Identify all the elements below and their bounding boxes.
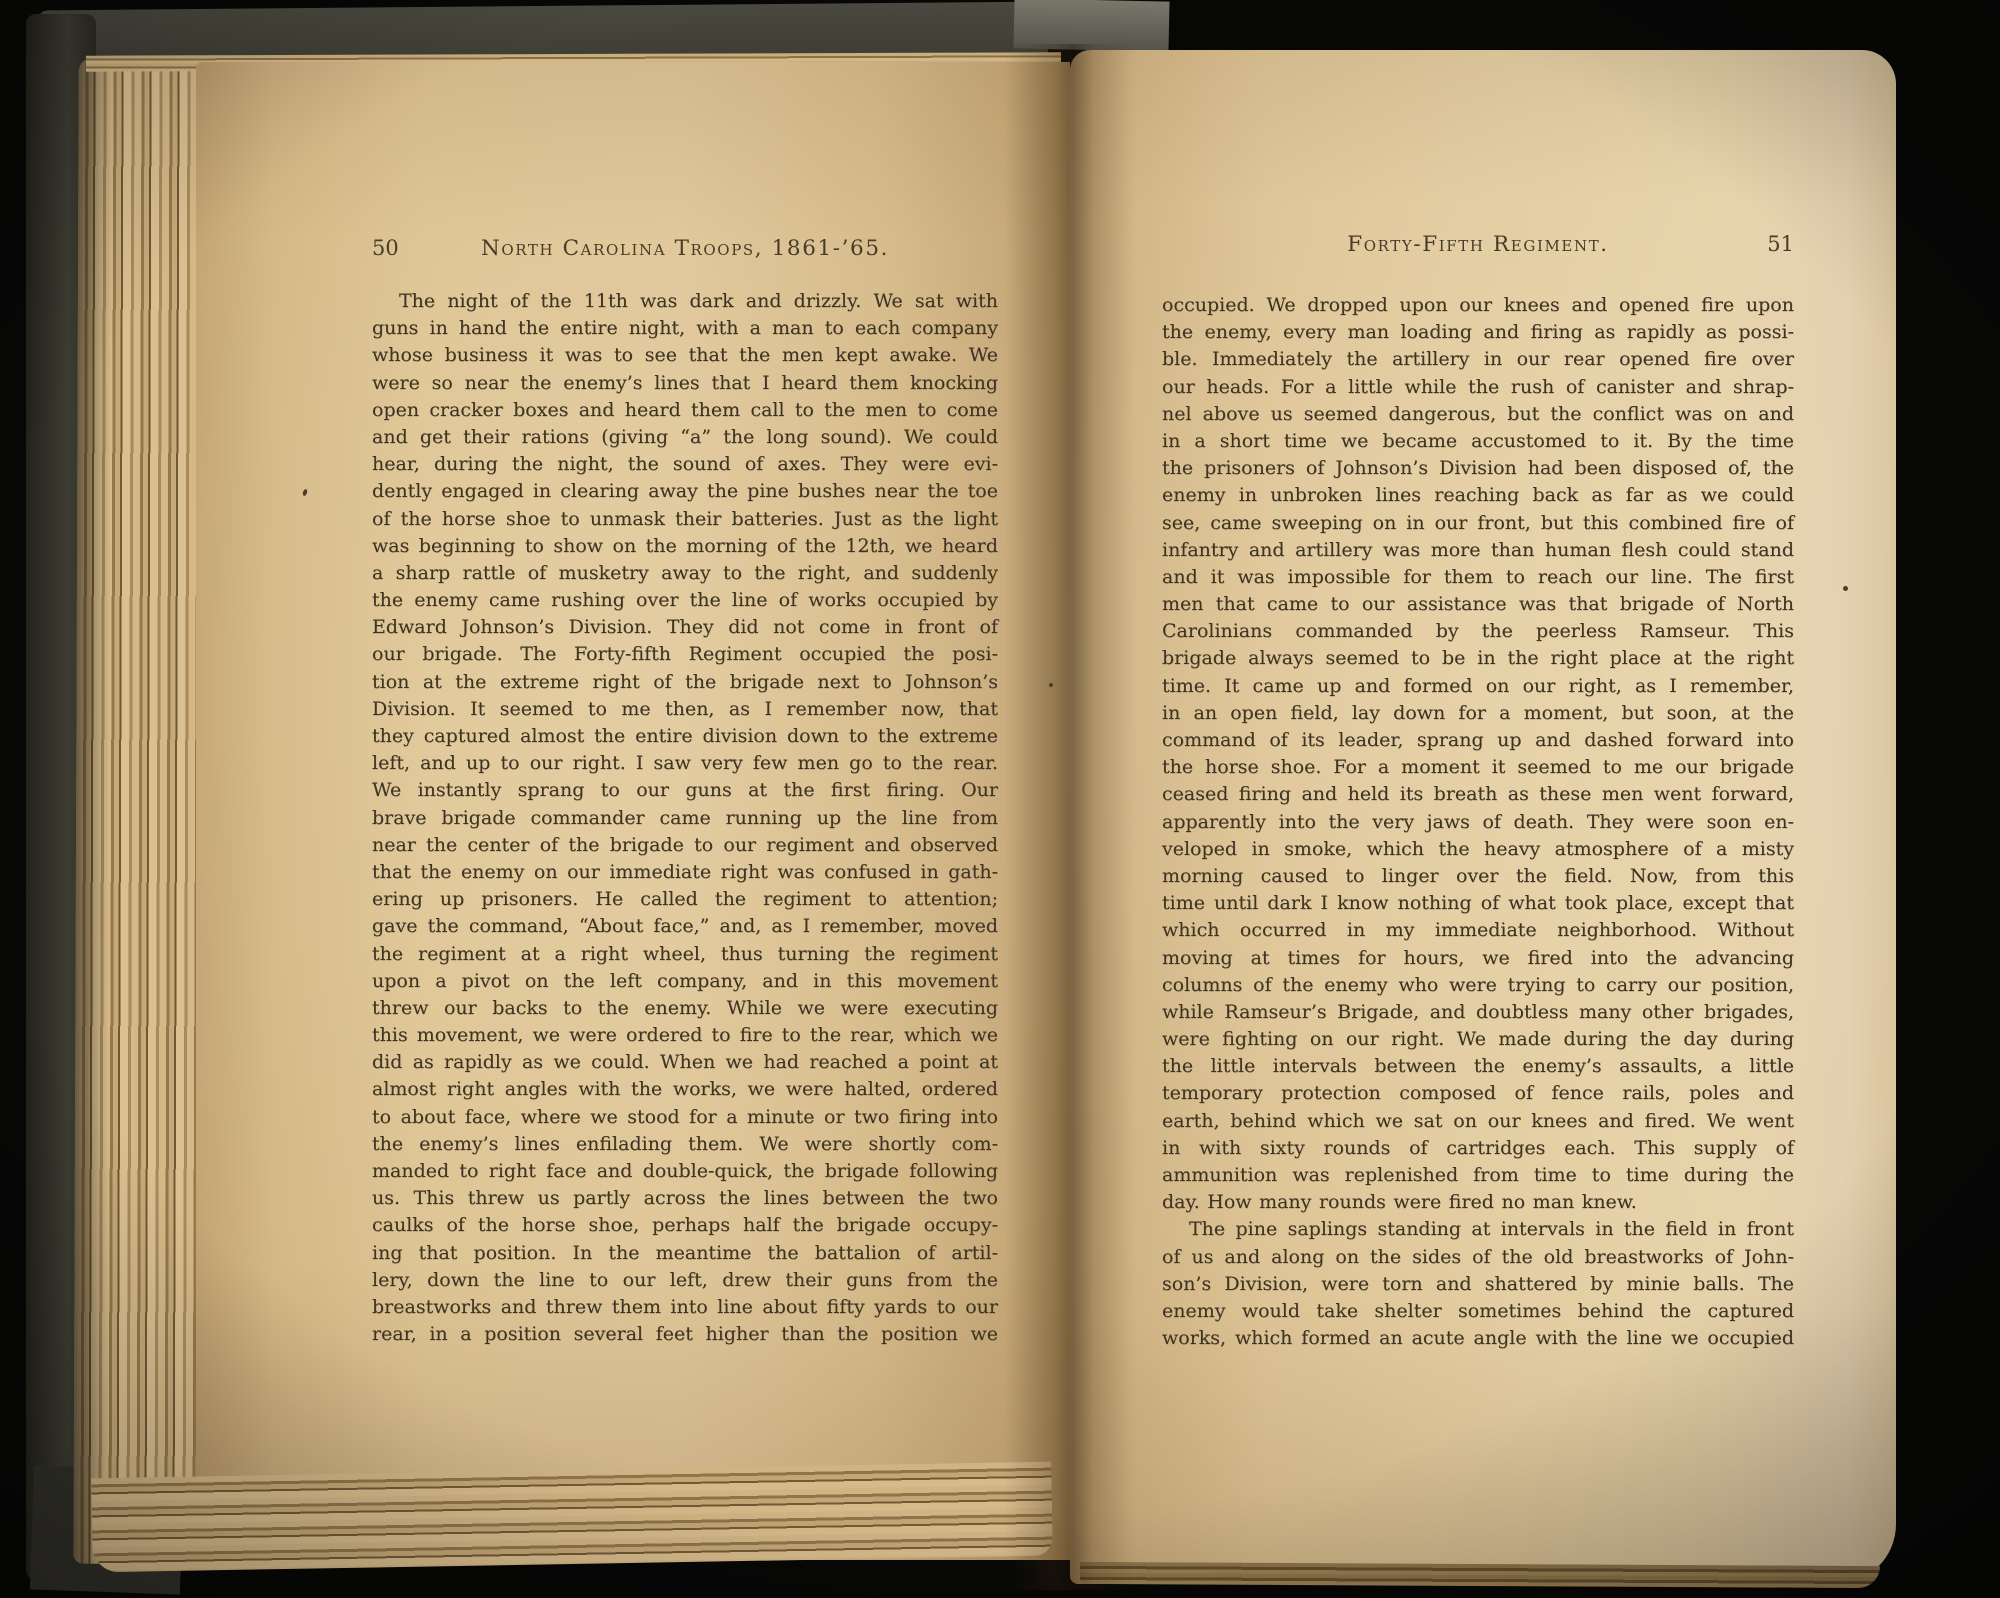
text-line: in with sixty rounds of cartridges each.… [1162,1135,1794,1162]
text-line: the enemy, every man loading and firing … [1162,319,1794,346]
text-line: the regiment at a right wheel, thus turn… [372,941,998,968]
text-line: was beginning to show on the morning of … [372,533,998,560]
text-line: The pine saplings standing at intervals … [1162,1216,1794,1243]
text-line: nel above us seemed dangerous, but the c… [1162,401,1794,428]
text-line: temporary protection composed of fence r… [1162,1080,1794,1107]
text-line: Carolinians commanded by the peerless Ra… [1162,618,1794,645]
text-line: morning caused to linger over the field.… [1162,863,1794,890]
left-page-number: 50 [372,236,418,260]
text-line: enemy in unbroken lines reaching back as… [1162,482,1794,509]
text-line: the enemy came rushing over the line of … [372,587,998,614]
text-line: did as rapidly as we could. When we had … [372,1049,998,1076]
text-line: rear, in a position several feet higher … [372,1321,998,1348]
text-line: upon a pivot on the left company, and in… [372,968,998,995]
right-page-bottom-edge [1080,1562,1880,1588]
text-line: our heads. For a little while the rush o… [1162,374,1794,401]
left-page-header: 50 North Carolina Troops, 1861-’65. [372,236,998,261]
text-line: guns in hand the entire night, with a ma… [372,315,998,342]
text-line: to about face, where we stood for a minu… [372,1104,998,1131]
text-line: works, which formed an acute angle with … [1162,1325,1794,1352]
text-line: caulks of the horse shoe, perhaps half t… [372,1212,998,1239]
text-line: moving at times for hours, we fired into… [1162,945,1794,972]
text-line: ing that position. In the meantime the b… [372,1240,998,1267]
text-line: apparently into the very jaws of death. … [1162,809,1794,836]
text-line: the horse shoe. For a moment it seemed t… [1162,754,1794,781]
text-line: a sharp rattle of musketry away to the r… [372,560,998,587]
text-line: hear, during the night, the sound of axe… [372,451,998,478]
text-line: men that came to our assistance was that… [1162,591,1794,618]
page-edge-stack-left [73,58,206,1564]
text-line: us. This threw us partly across the line… [372,1185,998,1212]
text-line: threw our backs to the enemy. While we w… [372,995,998,1022]
text-line: columns of the enemy who were trying to … [1162,972,1794,999]
text-line: son’s Division, were torn and shattered … [1162,1271,1794,1298]
text-line: and get their rations (giving “a” the lo… [372,424,998,451]
text-line: Edward Johnson’s Division. They did not … [372,614,998,641]
text-line: see, came sweeping on in our front, but … [1162,510,1794,537]
text-line: enemy would take shelter sometimes behin… [1162,1298,1794,1325]
gutter-shadow [1004,44,1136,1590]
text-line: our brigade. The Forty-fifth Regiment oc… [372,641,998,668]
text-line: which occurred in my immediate neighborh… [1162,917,1794,944]
text-line: near the center of the brigade to our re… [372,832,998,859]
text-line: infantry and artillery was more than hum… [1162,537,1794,564]
text-line: were fighting on our right. We made duri… [1162,1026,1794,1053]
text-line: time. It came up and formed on our right… [1162,673,1794,700]
text-line: that the enemy on our immediate right wa… [372,859,998,886]
right-page-header: Forty-Fifth Regiment. 51 [1162,232,1794,257]
page-edge-stack-bottom [91,1462,1052,1573]
text-line: manded to right face and double-quick, t… [372,1158,998,1185]
text-line: brigade always seemed to be in the right… [1162,645,1794,672]
text-line: occupied. We dropped upon our knees and … [1162,292,1794,319]
text-line: of the horse shoe to unmask their batter… [372,506,998,533]
text-line: they captured almost the entire division… [372,723,998,750]
text-line: We instantly sprang to our guns at the f… [372,777,998,804]
text-line: the enemy’s lines enfilading them. We we… [372,1131,998,1158]
text-line: ammunition was replenished from time to … [1162,1162,1794,1189]
text-line: dently engaged in clearing away the pine… [372,478,998,505]
text-line: ble. Immediately the artillery in our re… [1162,346,1794,373]
text-line: gave the command, “About face,” and, as … [372,913,998,940]
text-line: The night of the 11th was dark and drizz… [372,288,998,315]
right-page-body: occupied. We dropped upon our knees and … [1162,292,1794,1352]
text-line: ceased firing and held its breath as the… [1162,781,1794,808]
text-line: open cracker boxes and heard them call t… [372,397,998,424]
text-line: command of its leader, sprang up and das… [1162,727,1794,754]
book-photo: 50 North Carolina Troops, 1861-’65. Fort… [0,0,2000,1598]
text-line: the prisoners of Johnson’s Division had … [1162,455,1794,482]
text-line: brave brigade commander came running up … [372,805,998,832]
text-line: veloped in smoke, which the heavy atmosp… [1162,836,1794,863]
text-line: left, and up to our right. I saw very fe… [372,750,998,777]
text-line: time until dark I know nothing of what t… [1162,890,1794,917]
text-line: earth, behind which we sat on our knees … [1162,1108,1794,1135]
text-line: were so near the enemy’s lines that I he… [372,370,998,397]
text-line: of us and along on the sides of the old … [1162,1244,1794,1271]
text-line: in an open field, lay down for a moment,… [1162,700,1794,727]
text-line: and it was impossible for them to reach … [1162,564,1794,591]
right-page-number: 51 [1748,232,1794,256]
left-running-title: North Carolina Troops, 1861-’65. [418,236,952,261]
text-line: day. How many rounds were fired no man k… [1162,1189,1794,1216]
text-line: the little intervals between the enemy’s… [1162,1053,1794,1080]
text-line: breastworks and threw them into line abo… [372,1294,998,1321]
text-line: Division. It seemed to me then, as I rem… [372,696,998,723]
text-line: tion at the extreme right of the brigade… [372,669,998,696]
text-line: this movement, we were ordered to fire t… [372,1022,998,1049]
text-line: lery, down the line to our left, drew th… [372,1267,998,1294]
text-line: almost right angles with the works, we w… [372,1076,998,1103]
text-line: while Ramseur’s Brigade, and doubtless m… [1162,999,1794,1026]
text-line: whose business it was to see that the me… [372,342,998,369]
right-running-title: Forty-Fifth Regiment. [1208,232,1748,257]
text-line: in a short time we became accustomed to … [1162,428,1794,455]
left-page-body: The night of the 11th was dark and drizz… [372,288,998,1348]
ink-speck [1049,683,1053,687]
ink-speck [1843,586,1848,591]
text-line: ering up prisoners. He called the regime… [372,886,998,913]
